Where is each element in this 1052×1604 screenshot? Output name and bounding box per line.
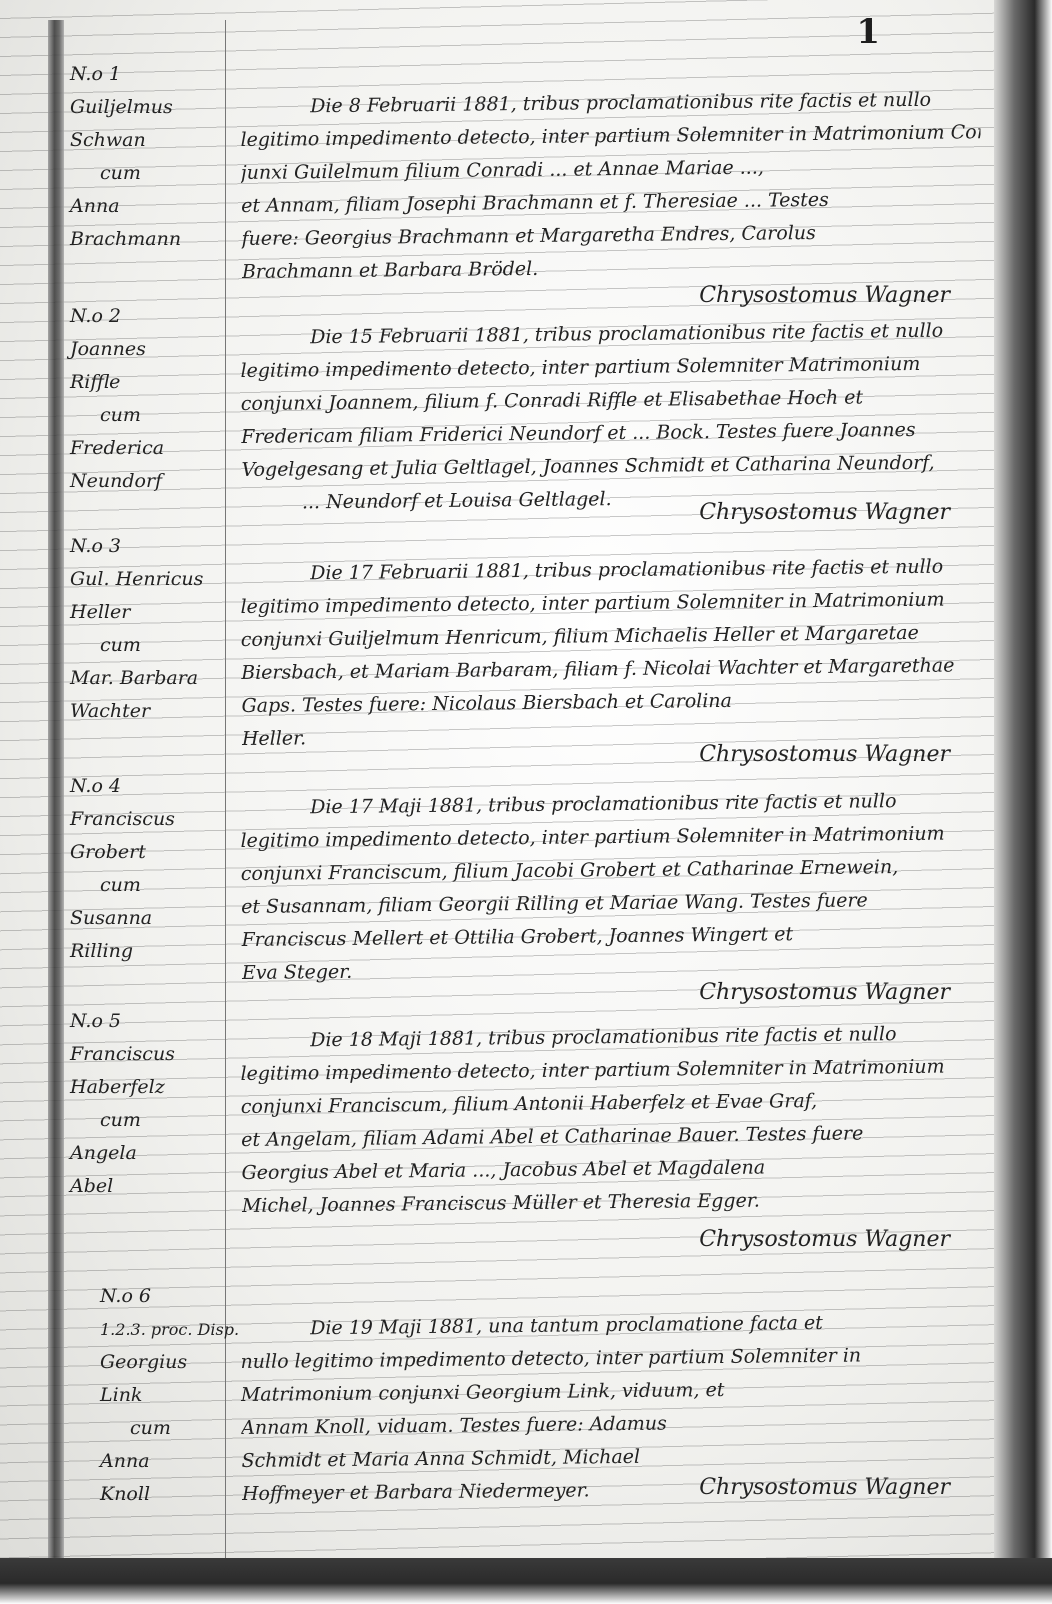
margin-name: Susanna [70, 902, 220, 935]
entry-margin: N.o 3 Gul. Henricus Heller cum Mar. Barb… [70, 530, 220, 728]
margin-name: Brachmann [70, 223, 220, 256]
margin-name: Joannes [70, 333, 220, 366]
entry-body: Die 18 Maji 1881, tribus proclamationibu… [240, 1017, 982, 1223]
register-page: 1 N.o 1 Guiljelmus Schwan cum Anna Brach… [0, 0, 1000, 1580]
margin-name: Link [100, 1379, 250, 1412]
margin-name: cum [70, 157, 220, 190]
margin-name: cum [70, 399, 220, 432]
entry-margin: N.o 4 Franciscus Grobert cum Susanna Ril… [70, 770, 220, 968]
entry-margin: N.o 5 Franciscus Haberfelz cum Angela Ab… [70, 1005, 220, 1203]
margin-name: Neundorf [70, 465, 220, 498]
priest-signature: Chrysostomus Wagner [699, 742, 950, 767]
margin-name: Angela [70, 1137, 220, 1170]
entry-margin: N.o 2 Joannes Riffle cum Frederica Neund… [70, 300, 220, 498]
entry-body: Die 8 Februarii 1881, tribus proclamatio… [240, 83, 982, 289]
priest-signature: Chrysostomus Wagner [699, 283, 950, 308]
entry-body: Die 15 Februarii 1881, tribus proclamati… [240, 314, 982, 520]
margin-name: Franciscus [70, 1038, 220, 1071]
margin-name: Franciscus [70, 803, 220, 836]
margin-name: Riffle [70, 366, 220, 399]
entry-margin: N.o 6 1.2.3. proc. Disp. Georgius Link c… [100, 1280, 250, 1511]
priest-signature: Chrysostomus Wagner [699, 1475, 950, 1500]
entry-line: Michel, Joannes Franciscus Müller et The… [242, 1182, 982, 1223]
margin-name: cum [70, 869, 220, 902]
binding-shadow [48, 20, 64, 1580]
margin-name: Guiljelmus [70, 91, 220, 124]
scan-shadow-right [994, 0, 1052, 1604]
entry-number: N.o 4 [70, 770, 220, 803]
margin-name: Grobert [70, 836, 220, 869]
margin-name: Georgius [100, 1346, 250, 1379]
entry-margin: N.o 1 Guiljelmus Schwan cum Anna Brachma… [70, 58, 220, 256]
margin-name: Heller [70, 596, 220, 629]
margin-name: Wachter [70, 695, 220, 728]
margin-name: Schwan [70, 124, 220, 157]
margin-name: Anna [100, 1445, 250, 1478]
margin-name: Gul. Henricus [70, 563, 220, 596]
margin-name: Abel [70, 1170, 220, 1203]
priest-signature: Chrysostomus Wagner [699, 500, 950, 525]
margin-name: Frederica [70, 432, 220, 465]
margin-name: Mar. Barbara [70, 662, 220, 695]
margin-name: cum [70, 629, 220, 662]
entry-number: N.o 2 [70, 300, 220, 333]
margin-name: Knoll [100, 1478, 250, 1511]
priest-signature: Chrysostomus Wagner [699, 1227, 950, 1252]
entry-number: N.o 3 [70, 530, 220, 563]
scan-shadow-bottom [0, 1558, 1052, 1604]
page-number: 1 [856, 12, 880, 52]
margin-name: Haberfelz [70, 1071, 220, 1104]
entry-number: N.o 1 [70, 58, 220, 91]
margin-name: cum [70, 1104, 220, 1137]
priest-signature: Chrysostomus Wagner [699, 980, 950, 1005]
margin-name: 1.2.3. proc. Disp. [100, 1313, 250, 1346]
margin-name: cum [100, 1412, 250, 1445]
entry-number: N.o 5 [70, 1005, 220, 1038]
entry-body: Die 17 Februarii 1881, tribus proclamati… [240, 550, 982, 756]
entry-body: Die 17 Maji 1881, tribus proclamationibu… [240, 784, 982, 990]
margin-name: Anna [70, 190, 220, 223]
margin-name: Rilling [70, 935, 220, 968]
entry-number: N.o 6 [100, 1280, 250, 1313]
